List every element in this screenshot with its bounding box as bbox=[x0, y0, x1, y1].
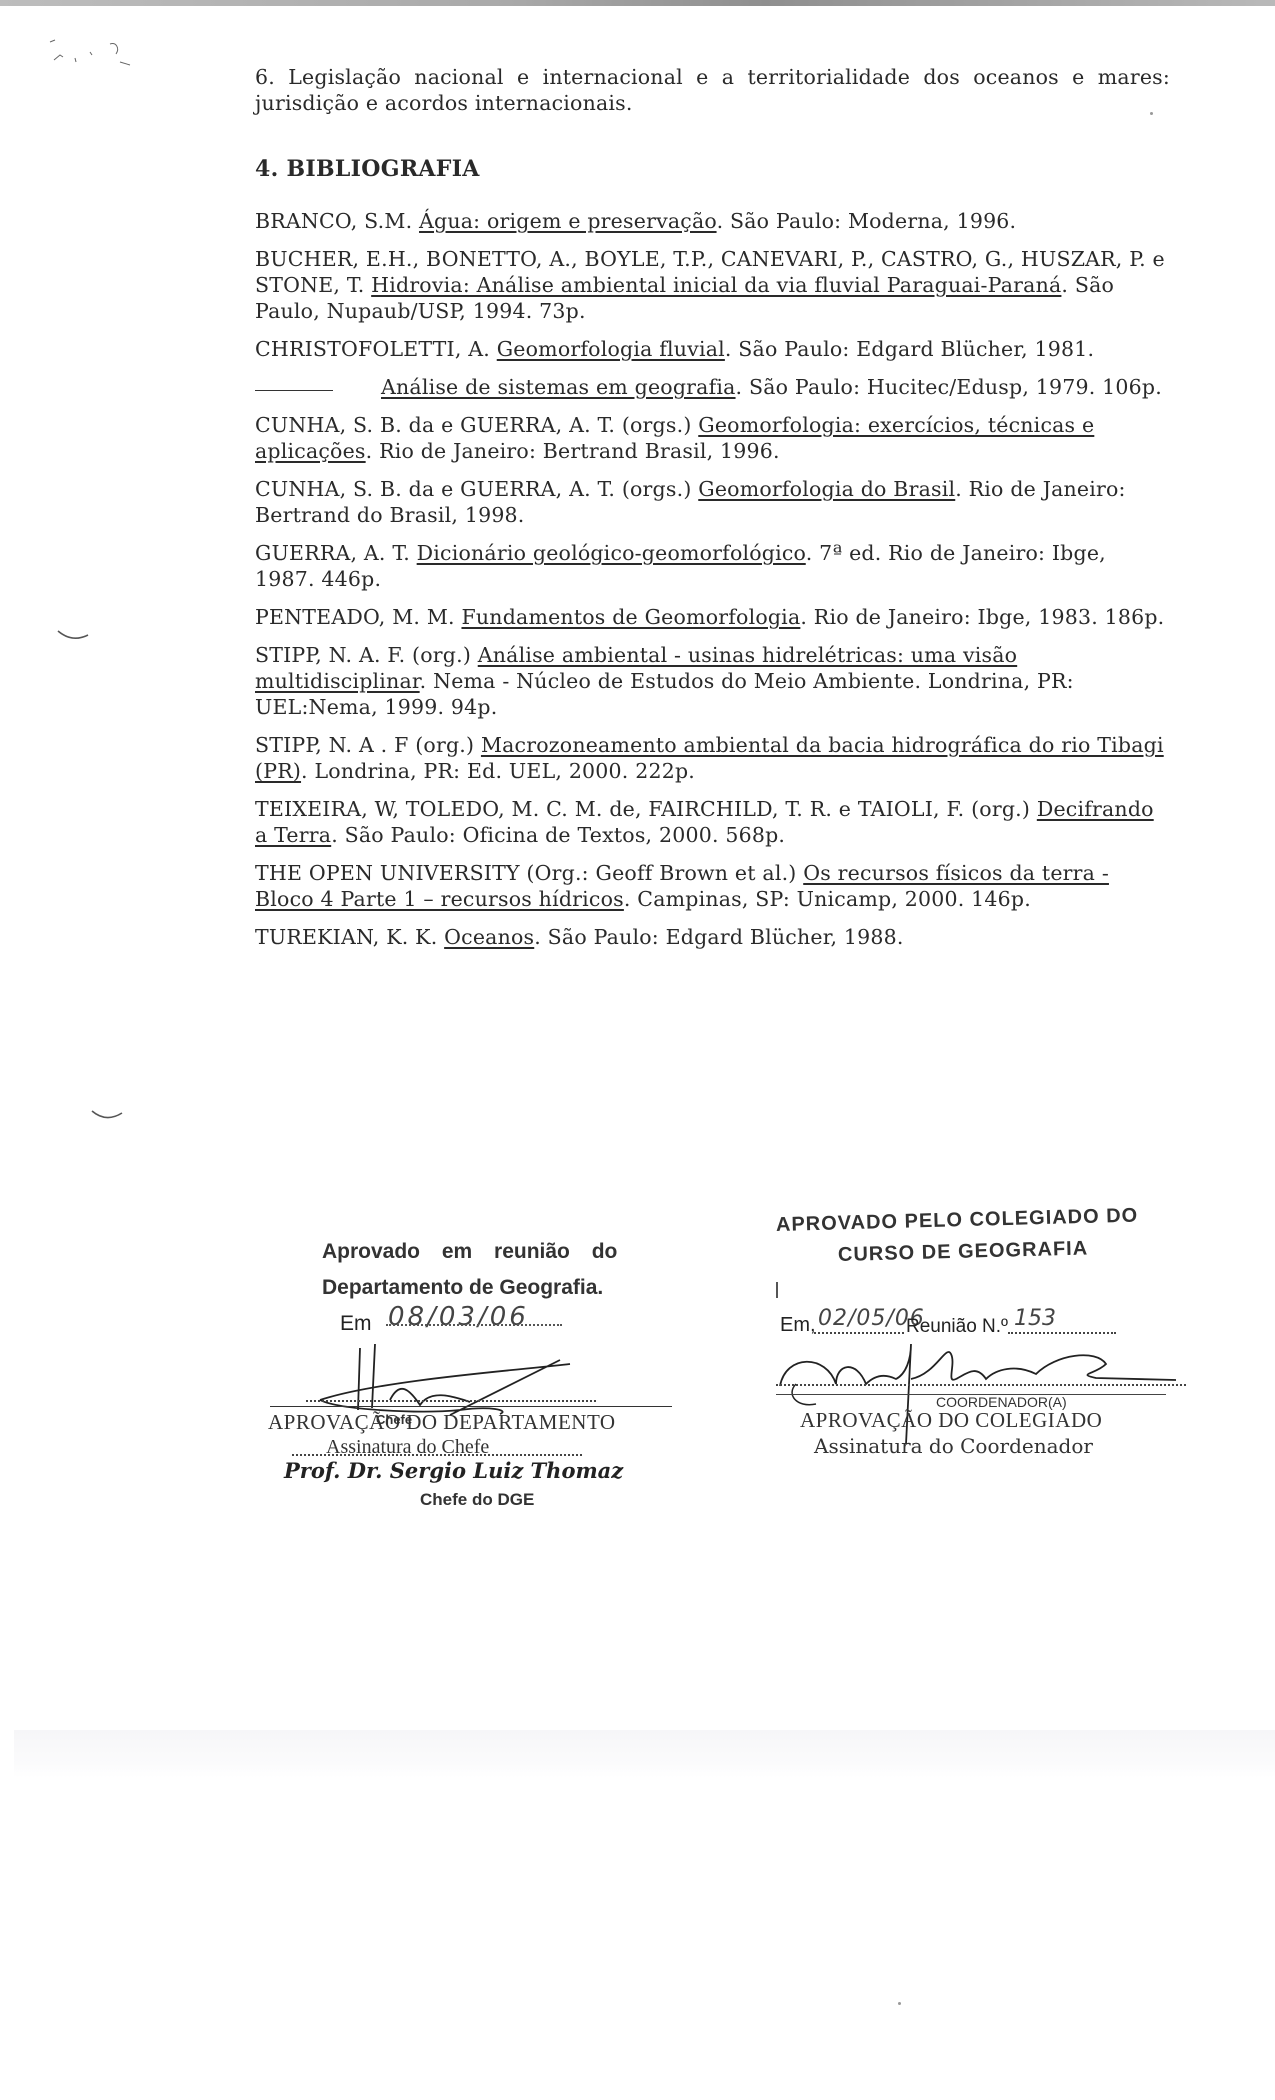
syllabus-topic: 6. Legislação nacional e internacional e… bbox=[255, 64, 1170, 116]
entry-publication: . Rio de Janeiro: Bertrand Brasil, 1996. bbox=[366, 439, 780, 463]
bibliography-entry: Análise de sistemas em geografia. São Pa… bbox=[255, 374, 1170, 400]
punch-hole-mark bbox=[56, 628, 90, 642]
repeat-author-dash bbox=[255, 390, 333, 391]
bibliography-entry: CUNHA, S. B. da e GUERRA, A. T. (orgs.) … bbox=[255, 412, 1170, 464]
bibliography-entry: STIPP, N. A. F. (org.) Análise ambiental… bbox=[255, 642, 1170, 720]
document-body: 6. Legislação nacional e internacional e… bbox=[255, 64, 1170, 962]
approval-label: APROVAÇÃO DO DEPARTAMENTO bbox=[268, 1410, 616, 1435]
bibliography-entry: GUERRA, A. T. Dicionário geológico-geomo… bbox=[255, 540, 1170, 592]
date-dotted-line bbox=[386, 1324, 562, 1326]
entry-authors: TUREKIAN, K. K. bbox=[255, 925, 444, 949]
topic-text: 6. Legislação nacional e internacional e… bbox=[255, 64, 1170, 116]
entry-publication: . São Paulo: Edgard Blücher, 1988. bbox=[534, 925, 903, 949]
approval-label: APROVAÇÃO DO COLEGIADO bbox=[800, 1408, 1102, 1433]
entry-authors: PENTEADO, M. M. bbox=[255, 605, 461, 629]
entry-publication: . São Paulo: Edgard Blücher, 1981. bbox=[725, 337, 1094, 361]
bibliography-entry: CUNHA, S. B. da e GUERRA, A. T. (orgs.) … bbox=[255, 476, 1170, 528]
entry-authors: CUNHA, S. B. da e GUERRA, A. T. (orgs.) bbox=[255, 413, 698, 437]
stamp-title-1: APROVADO PELO COLEGIADO DO bbox=[776, 1205, 1139, 1237]
scan-dot bbox=[898, 2002, 901, 2005]
entry-publication: . São Paulo: Oficina de Textos, 2000. 56… bbox=[331, 823, 785, 847]
bibliography-entry: TUREKIAN, K. K. Oceanos. São Paulo: Edga… bbox=[255, 924, 1170, 950]
entry-authors: TEIXEIRA, W, TOLEDO, M. C. M. de, FAIRCH… bbox=[255, 797, 1037, 821]
signature-rule bbox=[270, 1406, 672, 1407]
scan-shading bbox=[14, 1730, 1275, 1778]
stamp-role: Chefe do DGE bbox=[420, 1490, 534, 1510]
punch-hole-mark bbox=[90, 1108, 124, 1122]
bibliography-entry: BRANCO, S.M. Água: origem e preservação.… bbox=[255, 208, 1170, 234]
entry-title: Oceanos bbox=[444, 925, 534, 949]
entry-title: Geomorfologia fluvial bbox=[497, 337, 725, 361]
entry-authors: THE OPEN UNIVERSITY (Org.: Geoff Brown e… bbox=[255, 861, 803, 885]
entry-publication: . Londrina, PR: Ed. UEL, 2000. 222p. bbox=[301, 759, 695, 783]
scan-edge bbox=[0, 0, 1275, 6]
entry-authors: BRANCO, S.M. bbox=[255, 209, 419, 233]
stamp-title-2: CURSO DE GEOGRAFIA bbox=[838, 1237, 1089, 1267]
bibliography-entry: THE OPEN UNIVERSITY (Org.: Geoff Brown e… bbox=[255, 860, 1170, 912]
entry-authors: GUERRA, A. T. bbox=[255, 541, 417, 565]
entry-title: Análise de sistemas em geografia bbox=[381, 375, 736, 399]
entry-title: Hidrovia: Análise ambiental inicial da v… bbox=[371, 273, 1061, 297]
overprint-text: Chefe bbox=[376, 1412, 412, 1427]
handwritten-meeting-number: 153 bbox=[1014, 1306, 1056, 1331]
signature-dotted-line bbox=[776, 1384, 1186, 1386]
entry-title: Fundamentos de Geomorfologia bbox=[461, 605, 800, 629]
stamp-line-1: Aprovado em reunião do bbox=[322, 1240, 617, 1264]
stamp-name: Prof. Dr. Sergio Luiz Thomaz bbox=[284, 1458, 623, 1483]
entry-publication: . Rio de Janeiro: Ibge, 1983. 186p. bbox=[800, 605, 1164, 629]
signature-label: Assinatura do Coordenador bbox=[814, 1434, 1093, 1458]
entry-title: Geomorfologia do Brasil bbox=[698, 477, 955, 501]
bibliography-entry: PENTEADO, M. M. Fundamentos de Geomorfol… bbox=[255, 604, 1170, 630]
bibliography-list: BRANCO, S.M. Água: origem e preservação.… bbox=[255, 208, 1170, 950]
signature-label-dots bbox=[292, 1454, 582, 1456]
section-title: 4. BIBLIOGRAFIA bbox=[255, 156, 1170, 182]
bibliography-entry: STIPP, N. A . F (org.) Macrozoneamento a… bbox=[255, 732, 1170, 784]
entry-authors: CUNHA, S. B. da e GUERRA, A. T. (orgs.) bbox=[255, 477, 698, 501]
scan-specks bbox=[40, 30, 150, 80]
entry-authors: CHRISTOFOLETTI, A. bbox=[255, 337, 497, 361]
stamp-mark bbox=[776, 1282, 778, 1298]
signature-dotted-line bbox=[306, 1400, 596, 1402]
entry-publication: . Campinas, SP: Unicamp, 2000. 146p. bbox=[624, 887, 1031, 911]
bibliography-entry: CHRISTOFOLETTI, A. Geomorfologia fluvial… bbox=[255, 336, 1170, 362]
em-label: Em bbox=[340, 1312, 372, 1336]
entry-publication: . São Paulo: Hucitec/Edusp, 1979. 106p. bbox=[736, 375, 1162, 399]
entry-title: Dicionário geológico-geomorfológico bbox=[417, 541, 806, 565]
stamp-line-2: Departamento de Geografia. bbox=[322, 1276, 603, 1300]
bibliography-entry: TEIXEIRA, W, TOLEDO, M. C. M. de, FAIRCH… bbox=[255, 796, 1170, 848]
handwritten-date: 08/03/06 bbox=[388, 1302, 529, 1332]
bibliography-entry: BUCHER, E.H., BONETTO, A., BOYLE, T.P., … bbox=[255, 246, 1170, 324]
entry-publication: . São Paulo: Moderna, 1996. bbox=[717, 209, 1017, 233]
entry-title: Água: origem e preservação bbox=[419, 209, 717, 233]
entry-authors: STIPP, N. A. F. (org.) bbox=[255, 643, 478, 667]
entry-authors: STIPP, N. A . F (org.) bbox=[255, 733, 481, 757]
